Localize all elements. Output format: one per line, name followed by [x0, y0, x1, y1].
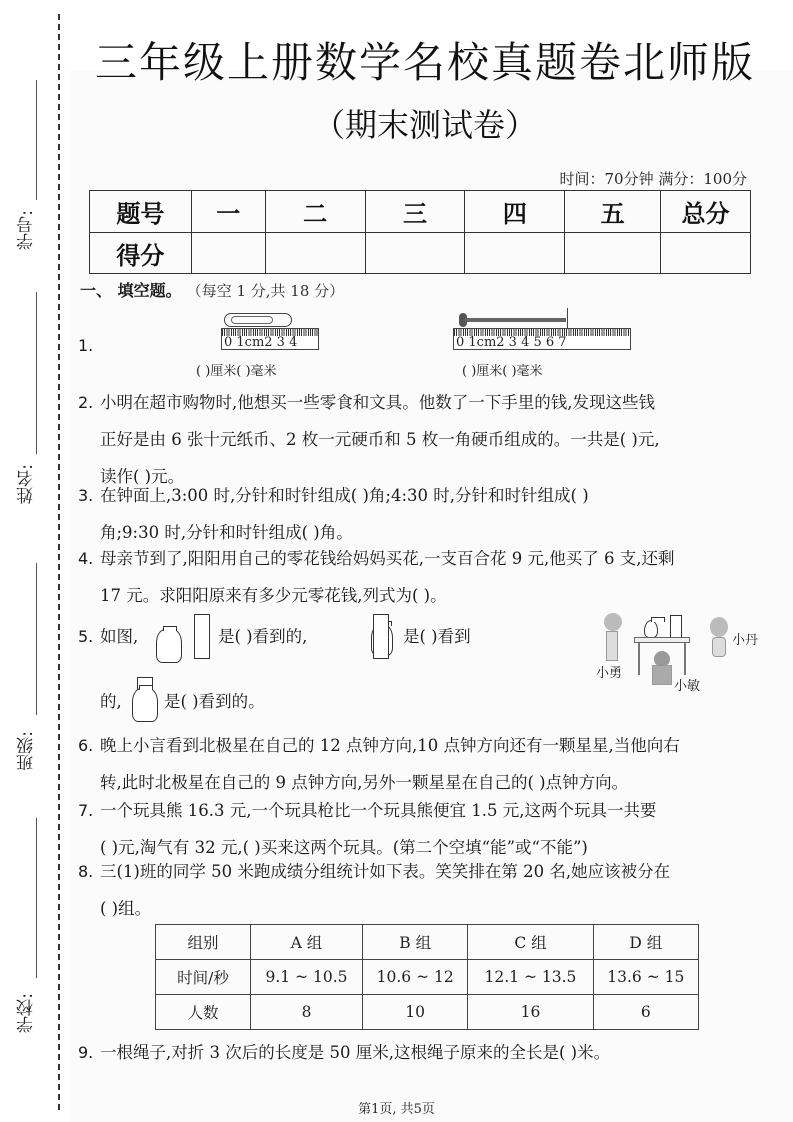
school-label: 学校: — [14, 993, 44, 1033]
score-header-cell: 总分 — [661, 191, 751, 233]
measure-line — [567, 308, 568, 328]
score-header-cell: 三 — [365, 191, 465, 233]
boy-head-icon — [604, 613, 622, 631]
question-5-blank-1: 是( )看到的, — [218, 618, 378, 655]
box-front-view-icon — [194, 614, 210, 659]
figure-label-right: 小丹 — [732, 629, 758, 648]
group-table-row: 时间/秒 9.1 ~ 10.5 10.6 ~ 12 12.1 ~ 13.5 13… — [156, 960, 699, 995]
score-table-header-row: 题号 一 二 三 四 五 总分 — [90, 191, 751, 233]
question-text: 是( )看到的。 — [164, 692, 265, 711]
question-text: ( )组。 — [78, 890, 758, 927]
group-row-label: 时间/秒 — [156, 960, 251, 995]
girl-body-icon — [712, 637, 726, 657]
question-6: 6.晚上小言看到北极星在自己的 12 点钟方向,10 点钟方向还有一颗星星,当他… — [78, 727, 758, 801]
group-cell: 13.6 ~ 15 — [593, 960, 698, 995]
box-on-table-icon — [670, 615, 682, 639]
answer-blank-ruler-2[interactable]: ( )厘米( )毫米 — [462, 360, 543, 379]
section-title: 一、 填空题。 — [80, 281, 182, 300]
question-text: 是( )看到 — [403, 627, 471, 646]
score-table-score-row: 得分 — [90, 233, 751, 274]
score-cell[interactable] — [565, 233, 661, 274]
question-1: 1. — [78, 327, 758, 364]
girl-back-body-icon — [652, 665, 672, 685]
group-header-cell: A 组 — [251, 925, 363, 960]
score-header-cell: 题号 — [90, 191, 192, 233]
question-number: 9. — [78, 1034, 100, 1071]
nail-icon — [465, 318, 566, 322]
question-text: 一根绳子,对折 3 次后的长度是 50 厘米,这根绳子原来的全长是( )米。 — [100, 1043, 610, 1062]
question-number: 8. — [78, 853, 100, 890]
group-table-row: 人数 8 10 16 6 — [156, 995, 699, 1030]
group-cell: 9.1 ~ 10.5 — [251, 960, 363, 995]
school-line[interactable] — [36, 818, 37, 978]
question-number: 7. — [78, 792, 100, 829]
group-stats-table: 组别 A 组 B 组 C 组 D 组 时间/秒 9.1 ~ 10.5 10.6 … — [155, 924, 699, 1030]
group-cell: 6 — [593, 995, 698, 1030]
name-line[interactable] — [36, 292, 37, 454]
figure-label-left: 小勇 — [596, 662, 622, 681]
box-side-view-icon — [373, 614, 389, 659]
question-text: 母亲节到了,阳阳用自己的零花钱给妈妈买花,一支百合花 9 元,他买了 6 支,还… — [100, 549, 674, 568]
paperclip-icon — [224, 313, 292, 327]
class-line[interactable] — [36, 563, 37, 715]
vase-icon — [156, 629, 182, 663]
class-label: 班级: — [14, 731, 44, 771]
score-header-cell: 四 — [465, 191, 565, 233]
question-4: 4.母亲节到了,阳阳用自己的零花钱给妈妈买花,一支百合花 9 元,他买了 6 支… — [78, 540, 758, 614]
question-text: 是( )看到的, — [218, 627, 307, 646]
student-id-field[interactable]: 学号: — [14, 80, 44, 270]
answer-blank-ruler-1[interactable]: ( )厘米( )毫米 — [196, 360, 277, 379]
ruler-1: 0 1cm2 3 4 — [221, 328, 319, 350]
table-icon — [634, 637, 690, 643]
question-text: 三(1)班的同学 50 米跑成绩分组统计如下表。笑笑排在第 20 名,她应该被分… — [100, 862, 670, 881]
question-text: 在钟面上,3:00 时,分针和时针组成( )角;4:30 时,分针和时针组成( … — [100, 486, 589, 505]
page-title: 三年级上册数学名校真题卷北师版 — [80, 30, 770, 90]
school-field[interactable]: 学校: — [14, 818, 44, 1048]
question-5-blank-3: 是( )看到的。 — [164, 683, 364, 720]
name-label: 姓名: — [14, 464, 44, 504]
student-id-label: 学号: — [14, 210, 44, 250]
group-cell: 8 — [251, 995, 363, 1030]
score-cell[interactable] — [365, 233, 465, 274]
student-id-line[interactable] — [36, 80, 37, 200]
ruler-numbers: 0 1cm2 3 4 5 6 7 — [456, 335, 567, 350]
score-row-label: 得分 — [90, 233, 192, 274]
score-cell[interactable] — [265, 233, 365, 274]
group-cell: 16 — [468, 995, 593, 1030]
binding-dashed-line — [58, 14, 60, 1110]
question-5-blank-2: 是( )看到 — [403, 618, 583, 655]
group-cell: 10.6 ~ 12 — [363, 960, 468, 995]
name-field[interactable]: 姓名: — [14, 292, 44, 522]
score-header-cell: 一 — [191, 191, 265, 233]
question-text: 如图, — [100, 627, 138, 646]
table-leg — [684, 643, 686, 675]
exam-meta: 时间：70分钟 满分：100分 — [560, 168, 748, 189]
group-row-label: 人数 — [156, 995, 251, 1030]
question-number: 4. — [78, 540, 100, 577]
class-field[interactable]: 班级: — [14, 563, 44, 788]
page-footer: 第1页, 共5页 — [0, 1098, 793, 1117]
figure-label-front: 小敏 — [674, 675, 700, 694]
ruler-2: 0 1cm2 3 4 5 6 7 — [453, 328, 631, 350]
question-number: 5. — [78, 618, 100, 655]
score-header-cell: 五 — [565, 191, 661, 233]
table-leg — [638, 643, 640, 675]
vase-front-icon — [132, 688, 158, 722]
question-text: 正好是由 6 张十元纸币、2 枚一元硬币和 5 枚一角硬币组成的。一共是( )元… — [78, 421, 758, 458]
score-cell[interactable] — [465, 233, 565, 274]
section-heading: 一、 填空题。 （每空 1 分,共 18 分） — [80, 278, 344, 301]
page-subtitle: （期末测试卷） — [80, 100, 770, 146]
question-number: 1. — [78, 327, 100, 364]
group-header-cell: D 组 — [593, 925, 698, 960]
q5-illustration: 小勇 小丹 小敏 — [592, 607, 762, 695]
question-number: 6. — [78, 727, 100, 764]
group-cell: 10 — [363, 995, 468, 1030]
section-note: （每空 1 分,共 18 分） — [187, 282, 344, 300]
question-text: 的, — [100, 692, 122, 711]
vase-on-table-icon — [644, 620, 658, 638]
boy-body-icon — [606, 631, 618, 661]
group-header-cell: 组别 — [156, 925, 251, 960]
question-number: 2. — [78, 384, 100, 421]
score-cell[interactable] — [661, 233, 751, 274]
girl-head-icon — [710, 617, 728, 637]
question-text: 一个玩具熊 16.3 元,一个玩具枪比一个玩具熊便宜 1.5 元,这两个玩具一共… — [100, 801, 656, 820]
question-text: 小明在超市购物时,他想买一些零食和文具。他数了一下手里的钱,发现这些钱 — [100, 393, 655, 412]
score-header-cell: 二 — [265, 191, 365, 233]
group-header-cell: C 组 — [468, 925, 593, 960]
score-table: 题号 一 二 三 四 五 总分 得分 — [89, 190, 751, 274]
question-number: 3. — [78, 477, 100, 514]
group-table-header-row: 组别 A 组 B 组 C 组 D 组 — [156, 925, 699, 960]
group-cell: 12.1 ~ 13.5 — [468, 960, 593, 995]
ruler-numbers: 0 1cm2 3 4 — [224, 335, 297, 350]
question-8: 8.三(1)班的同学 50 米跑成绩分组统计如下表。笑笑排在第 20 名,她应该… — [78, 853, 758, 927]
group-header-cell: B 组 — [363, 925, 468, 960]
score-cell[interactable] — [191, 233, 265, 274]
question-9: 9.一根绳子,对折 3 次后的长度是 50 厘米,这根绳子原来的全长是( )米。 — [78, 1034, 758, 1071]
question-text: 晚上小言看到北极星在自己的 12 点钟方向,10 点钟方向还有一颗星星,当他向右 — [100, 736, 680, 755]
